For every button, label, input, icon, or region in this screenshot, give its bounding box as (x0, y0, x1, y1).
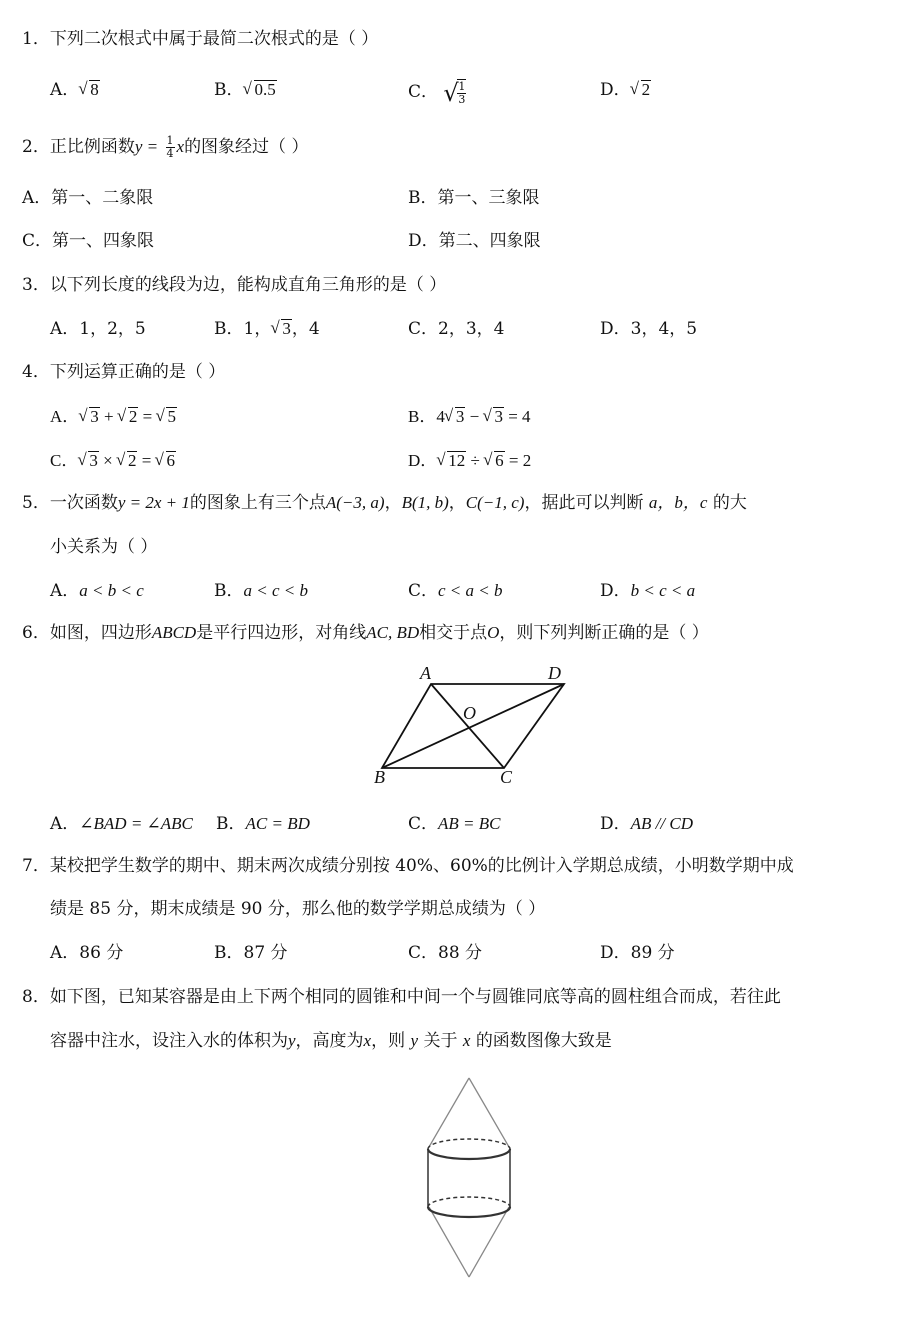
question-text: 以下列长度的线段为边，能构成直角三角形的是（ ） (50, 275, 446, 295)
question-text: 下列二次根式中属于最简二次根式的是（ ） (50, 29, 378, 49)
sqrt-fraction-expression: √ 1 3 (443, 79, 468, 106)
question-number: 4． (22, 362, 50, 382)
question-4-option-b[interactable]: B．43 − 3 = 4 (408, 406, 531, 428)
question-5-stem-line-2: 小关系为（ ） (50, 536, 157, 558)
vertex-label-a: A (420, 663, 431, 684)
option-label: C． (408, 82, 438, 102)
question-5-option-c[interactable]: C．c < a < b (408, 580, 503, 602)
vertex-label-b: B (374, 767, 385, 788)
question-text: 某校把学生数学的期中、期末两次成绩分别按 40%、60%的比例计入学期总成绩，小… (50, 856, 794, 876)
math-expression: y = 2x + 1 (118, 493, 190, 512)
fraction: 14 (166, 135, 175, 160)
question-3-option-b[interactable]: B．1，3，4 (214, 318, 320, 340)
question-1-stem: 1．下列二次根式中属于最简二次根式的是（ ） (22, 28, 378, 50)
question-7-option-a[interactable]: A．86 分 (50, 942, 123, 964)
question-2-stem: 2．正比例函数y = 14x的图象经过（ ） (22, 135, 308, 160)
question-number: 8． (22, 987, 50, 1007)
option-label: A． (50, 80, 79, 100)
question-1-option-a[interactable]: A．8 (50, 79, 100, 101)
sqrt-expression: 3 (271, 318, 292, 340)
question-1-option-b[interactable]: B．0.5 (214, 79, 277, 101)
question-6-option-d[interactable]: D．AB // CD (600, 813, 693, 835)
question-5-option-b[interactable]: B．a < c < b (214, 580, 308, 602)
question-6-stem: 6．如图，四边形ABCD是平行四边形，对角线AC, BD相交于点O，则下列判断正… (22, 622, 709, 644)
question-4-option-c[interactable]: C．3 × 2 = 6 (50, 450, 176, 472)
vertex-label-c: C (500, 767, 512, 788)
question-2-option-a[interactable]: A．第一、二象限 (22, 187, 153, 209)
question-4-option-d[interactable]: D．12 ÷ 6 = 2 (408, 450, 531, 472)
question-2-option-b[interactable]: B．第一、三象限 (408, 187, 540, 209)
question-7-stem-line-2: 绩是 85 分，期末成绩是 90 分，那么他的数学学期总成绩为（ ） (50, 898, 545, 920)
sqrt-expression: 8 (79, 79, 100, 101)
question-number: 6． (22, 623, 50, 643)
question-number: 7． (22, 856, 50, 876)
question-text: 如下图，已知某容器是由上下两个相同的圆锥和中间一个与圆锥同底等高的圆柱组合而成，… (50, 987, 781, 1007)
question-5-option-d[interactable]: D．b < c < a (600, 580, 695, 602)
question-number: 5． (22, 493, 50, 513)
question-6-option-a[interactable]: A．∠BAD = ∠ABC (50, 813, 193, 835)
question-6-option-c[interactable]: C．AB = BC (408, 813, 500, 835)
question-1-option-c[interactable]: C． √ 1 3 (408, 79, 468, 106)
question-5-stem-line-1: 5．一次函数y = 2x + 1的图象上有三个点A(−3, a)，B(1, b)… (22, 492, 747, 514)
question-2-option-d[interactable]: D．第二、四象限 (408, 230, 541, 252)
question-1-option-d[interactable]: D．2 (600, 79, 651, 101)
vertex-label-o: O (463, 703, 476, 724)
question-text: 的图象经过（ ） (184, 137, 308, 157)
question-3-option-c[interactable]: C．2，3，4 (408, 318, 504, 340)
question-4-option-a[interactable]: A．3 + 2 = 5 (50, 406, 177, 428)
question-7-option-b[interactable]: B．87 分 (214, 942, 288, 964)
question-3-option-d[interactable]: D．3，4，5 (600, 318, 697, 340)
question-number: 1． (22, 28, 50, 50)
question-8-stem-line-1: 8．如下图，已知某容器是由上下两个相同的圆锥和中间一个与圆锥同底等高的圆柱组合而… (22, 986, 781, 1008)
container-figure-double-cone-cylinder (400, 1065, 540, 1290)
question-number: 3． (22, 275, 50, 295)
math-variables: a，b，c (649, 493, 708, 512)
math-expression: y = (135, 137, 158, 156)
point-c: C(−1, c) (466, 493, 525, 512)
math-variable: x (177, 137, 185, 156)
sqrt-expression: 0.5 (244, 79, 277, 101)
option-label: D． (600, 80, 631, 100)
sqrt-expression: 2 (631, 79, 652, 101)
question-7-stem-line-1: 7．某校把学生数学的期中、期末两次成绩分别按 40%、60%的比例计入学期总成绩… (22, 855, 794, 877)
question-text: 正比例函数 (50, 137, 135, 157)
vertex-label-d: D (548, 663, 561, 684)
question-2-option-c[interactable]: C．第一、四象限 (22, 230, 154, 252)
question-7-option-d[interactable]: D．89 分 (600, 942, 675, 964)
point-b: B(1, b) (402, 493, 449, 512)
question-3-stem: 3．以下列长度的线段为边，能构成直角三角形的是（ ） (22, 274, 446, 296)
question-6-option-b[interactable]: B．AC = BD (216, 813, 310, 835)
point-a: A(−3, a) (326, 493, 385, 512)
question-3-option-a[interactable]: A．1，2，5 (50, 318, 146, 340)
question-5-option-a[interactable]: A．a < b < c (50, 580, 144, 602)
parallelogram-figure: A D O B C (370, 660, 570, 790)
question-4-stem: 4．下列运算正确的是（ ） (22, 361, 225, 383)
question-number: 2． (22, 137, 50, 157)
option-label: B． (214, 80, 244, 100)
question-7-option-c[interactable]: C．88 分 (408, 942, 482, 964)
question-text: 下列运算正确的是（ ） (50, 362, 225, 382)
question-8-stem-line-2: 容器中注水，设注入水的体积为y，高度为x，则 y 关于 x 的函数图像大致是 (50, 1030, 612, 1052)
